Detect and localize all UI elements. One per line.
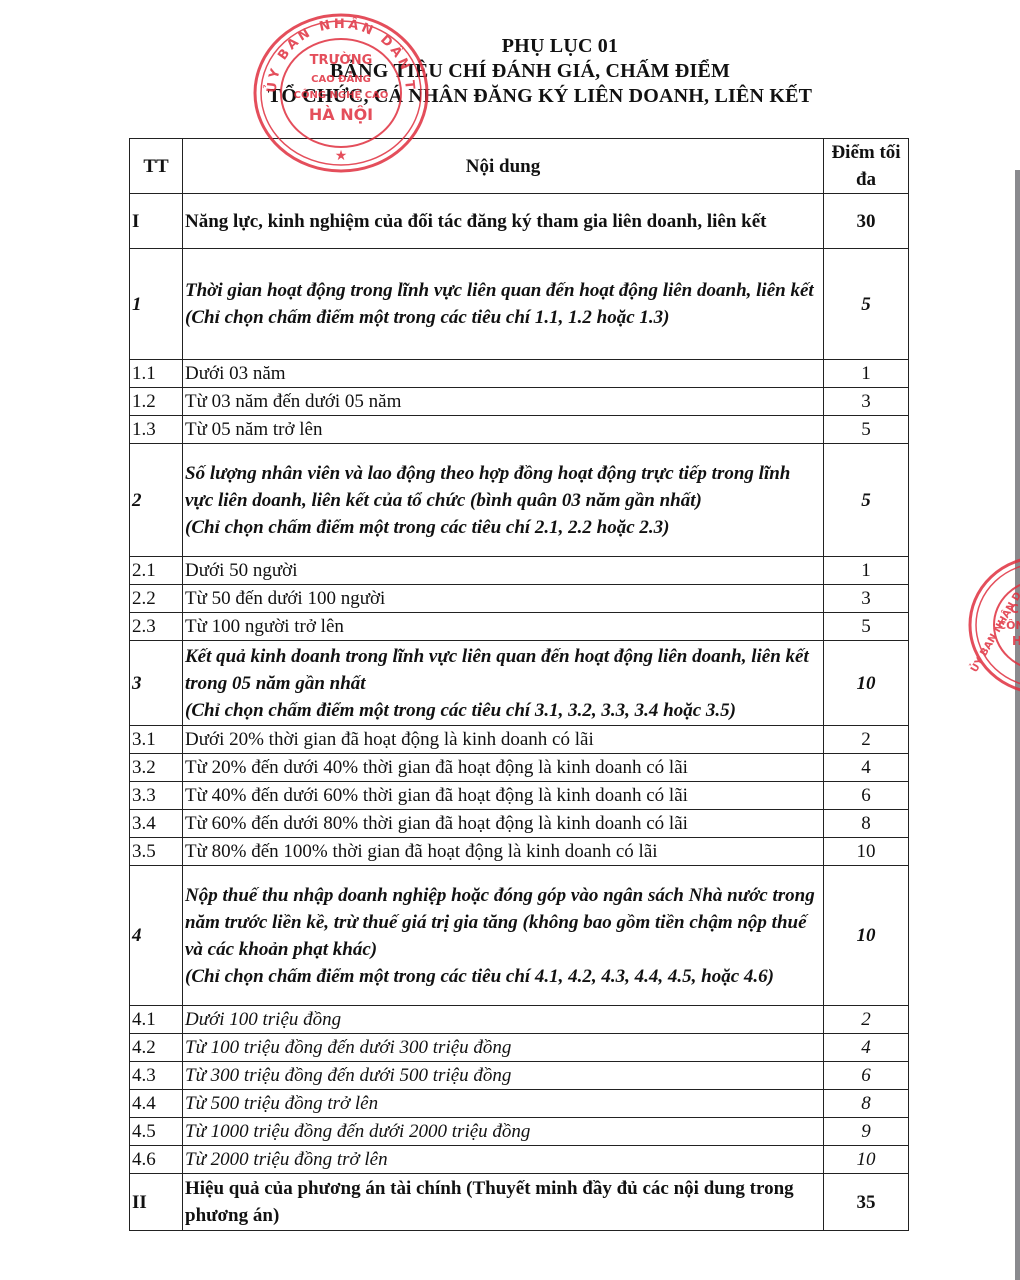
row-score: 3 [824,388,909,416]
table-row: 2.1Dưới 50 người1 [130,557,909,585]
row-tt: 2.2 [130,585,183,613]
row-content-cell: Từ 05 năm trở lên [183,416,824,444]
row-score: 8 [824,1090,909,1118]
row-note: (Chỉ chọn chấm điểm một trong các tiêu c… [185,307,670,328]
row-tt: 1.3 [130,416,183,444]
row-content: Từ 20% đến dưới 40% thời gian đã hoạt độ… [185,757,688,778]
row-score: 8 [824,810,909,838]
row-content-cell: Thời gian hoạt động trong lĩnh vực liên … [183,249,824,360]
table-row: 4.2Từ 100 triệu đồng đến dưới 300 triệu … [130,1034,909,1062]
row-content-cell: Kết quả kinh doanh trong lĩnh vực liên q… [183,641,824,726]
row-score: 5 [824,444,909,557]
row-content: Dưới 03 năm [185,363,286,384]
row-score: 5 [824,416,909,444]
row-tt: 4.2 [130,1034,183,1062]
table-row: 3.1Dưới 20% thời gian đã hoạt động là ki… [130,726,909,754]
row-note: (Chỉ chọn chấm điểm một trong các tiêu c… [185,700,736,721]
row-score: 9 [824,1118,909,1146]
document-title-block: PHỤ LỤC 01 BẢNG TIÊU CHÍ ĐÁNH GIÁ, CHẤM … [180,34,940,109]
row-score: 35 [824,1174,909,1231]
row-tt: II [130,1174,183,1231]
row-score: 4 [824,754,909,782]
row-content-cell: Từ 100 người trở lên [183,613,824,641]
row-score: 30 [824,194,909,249]
row-content: Từ 300 triệu đồng đến dưới 500 triệu đồn… [185,1065,511,1086]
row-content-cell: Năng lực, kinh nghiệm của đối tác đăng k… [183,194,824,249]
row-tt: 1.2 [130,388,183,416]
row-content-cell: Từ 50 đến dưới 100 người [183,585,824,613]
row-content: Từ 100 người trở lên [185,616,344,637]
header-score: Điểm tối đa [824,139,909,194]
row-score: 6 [824,1062,909,1090]
row-content: Từ 40% đến dưới 60% thời gian đã hoạt độ… [185,785,688,806]
row-tt: 4.5 [130,1118,183,1146]
row-tt: 3.1 [130,726,183,754]
row-content-cell: Từ 1000 triệu đồng đến dưới 2000 triệu đ… [183,1118,824,1146]
table-row: 3.3Từ 40% đến dưới 60% thời gian đã hoạt… [130,782,909,810]
row-content: Từ 80% đến 100% thời gian đã hoạt động l… [185,841,658,862]
row-content-cell: Hiệu quả của phương án tài chính (Thuyết… [183,1174,824,1231]
row-content: Từ 50 đến dưới 100 người [185,588,385,609]
table-row: 3.5Từ 80% đến 100% thời gian đã hoạt độn… [130,838,909,866]
row-content: Dưới 50 người [185,560,297,581]
table-row: 3Kết quả kinh doanh trong lĩnh vực liên … [130,641,909,726]
row-content-cell: Từ 20% đến dưới 40% thời gian đã hoạt độ… [183,754,824,782]
header-tt: TT [130,139,183,194]
row-content-cell: Từ 500 triệu đồng trở lên [183,1090,824,1118]
row-tt: 4.4 [130,1090,183,1118]
row-content: Từ 100 triệu đồng đến dưới 300 triệu đồn… [185,1037,511,1058]
row-content: Thời gian hoạt động trong lĩnh vực liên … [185,280,814,301]
table-row: 1.3Từ 05 năm trở lên5 [130,416,909,444]
table-row: 4.4Từ 500 triệu đồng trở lên8 [130,1090,909,1118]
partial-stamp-icon: ỦY BAN NHÂN D C CÔN H [962,555,1020,695]
row-score: 10 [824,1146,909,1174]
row-score: 10 [824,838,909,866]
row-score: 10 [824,866,909,1006]
row-tt: 1 [130,249,183,360]
row-tt: 4.3 [130,1062,183,1090]
appendix-label: PHỤ LỤC 01 [180,34,940,59]
table-row: INăng lực, kinh nghiệm của đối tác đăng … [130,194,909,249]
table-row: 1.1Dưới 03 năm1 [130,360,909,388]
row-content-cell: Từ 80% đến 100% thời gian đã hoạt động l… [183,838,824,866]
row-content-cell: Dưới 03 năm [183,360,824,388]
row-content-cell: Từ 03 năm đến dưới 05 năm [183,388,824,416]
title-line-2: TỔ CHỨC, CÁ NHÂN ĐĂNG KÝ LIÊN DOANH, LIÊ… [140,84,940,109]
table-row: 2.3Từ 100 người trở lên5 [130,613,909,641]
row-content: Từ 1000 triệu đồng đến dưới 2000 triệu đ… [185,1121,530,1142]
table-row: 2.2Từ 50 đến dưới 100 người3 [130,585,909,613]
row-score: 5 [824,249,909,360]
row-content: Năng lực, kinh nghiệm của đối tác đăng k… [185,211,767,232]
row-content-cell: Từ 40% đến dưới 60% thời gian đã hoạt độ… [183,782,824,810]
row-score: 2 [824,726,909,754]
row-score: 4 [824,1034,909,1062]
row-note: (Chỉ chọn chấm điểm một trong các tiêu c… [185,517,670,538]
row-content: Nộp thuế thu nhập doanh nghiệp hoặc đóng… [185,885,815,960]
row-note: (Chỉ chọn chấm điểm một trong các tiêu c… [185,966,774,987]
row-tt: 2.1 [130,557,183,585]
table-row: 4.5Từ 1000 triệu đồng đến dưới 2000 triệ… [130,1118,909,1146]
row-score: 3 [824,585,909,613]
row-tt: 3.5 [130,838,183,866]
row-content-cell: Từ 60% đến dưới 80% thời gian đã hoạt độ… [183,810,824,838]
row-content: Từ 60% đến dưới 80% thời gian đã hoạt độ… [185,813,688,834]
scan-edge-strip [1015,170,1020,1280]
table-row: IIHiệu quả của phương án tài chính (Thuy… [130,1174,909,1231]
row-content-cell: Số lượng nhân viên và lao động theo hợp … [183,444,824,557]
criteria-table: TT Nội dung Điểm tối đa INăng lực, kinh … [129,138,909,1231]
row-content-cell: Dưới 20% thời gian đã hoạt động là kinh … [183,726,824,754]
row-content: Kết quả kinh doanh trong lĩnh vực liên q… [185,646,809,694]
row-tt: I [130,194,183,249]
row-tt: 3.2 [130,754,183,782]
row-content-cell: Nộp thuế thu nhập doanh nghiệp hoặc đóng… [183,866,824,1006]
table-row: 4.1Dưới 100 triệu đồng2 [130,1006,909,1034]
row-content-cell: Từ 100 triệu đồng đến dưới 300 triệu đồn… [183,1034,824,1062]
row-content: Dưới 100 triệu đồng [185,1009,341,1030]
table-header-row: TT Nội dung Điểm tối đa [130,139,909,194]
table-row: 1Thời gian hoạt động trong lĩnh vực liên… [130,249,909,360]
row-content: Dưới 20% thời gian đã hoạt động là kinh … [185,729,594,750]
row-content: Số lượng nhân viên và lao động theo hợp … [185,463,790,511]
row-content: Từ 05 năm trở lên [185,419,322,440]
row-score: 5 [824,613,909,641]
row-tt: 3.3 [130,782,183,810]
table-row: 1.2Từ 03 năm đến dưới 05 năm3 [130,388,909,416]
row-content: Từ 500 triệu đồng trở lên [185,1093,378,1114]
row-content: Từ 03 năm đến dưới 05 năm [185,391,401,412]
table-row: 3.2Từ 20% đến dưới 40% thời gian đã hoạt… [130,754,909,782]
title-line-1: BẢNG TIÊU CHÍ ĐÁNH GIÁ, CHẤM ĐIỂM [120,59,940,84]
row-content-cell: Dưới 50 người [183,557,824,585]
row-content: Từ 2000 triệu đồng trở lên [185,1149,388,1170]
row-tt: 1.1 [130,360,183,388]
row-tt: 2 [130,444,183,557]
row-tt: 3 [130,641,183,726]
row-content-cell: Từ 300 triệu đồng đến dưới 500 triệu đồn… [183,1062,824,1090]
partial-stamp-outer-text: ỦY BAN NHÂN D [966,589,1020,675]
table-row: 3.4Từ 60% đến dưới 80% thời gian đã hoạt… [130,810,909,838]
row-score: 6 [824,782,909,810]
table-row: 2Số lượng nhân viên và lao động theo hợp… [130,444,909,557]
table-row: 4.3Từ 300 triệu đồng đến dưới 500 triệu … [130,1062,909,1090]
row-content-cell: Từ 2000 triệu đồng trở lên [183,1146,824,1174]
row-tt: 4.1 [130,1006,183,1034]
row-content: Hiệu quả của phương án tài chính (Thuyết… [185,1178,794,1226]
header-content: Nội dung [183,139,824,194]
row-score: 2 [824,1006,909,1034]
row-score: 10 [824,641,909,726]
row-tt: 4 [130,866,183,1006]
table-row: 4Nộp thuế thu nhập doanh nghiệp hoặc đón… [130,866,909,1006]
row-tt: 4.6 [130,1146,183,1174]
row-content-cell: Dưới 100 triệu đồng [183,1006,824,1034]
table-row: 4.6Từ 2000 triệu đồng trở lên10 [130,1146,909,1174]
row-tt: 2.3 [130,613,183,641]
row-score: 1 [824,557,909,585]
row-tt: 3.4 [130,810,183,838]
row-score: 1 [824,360,909,388]
